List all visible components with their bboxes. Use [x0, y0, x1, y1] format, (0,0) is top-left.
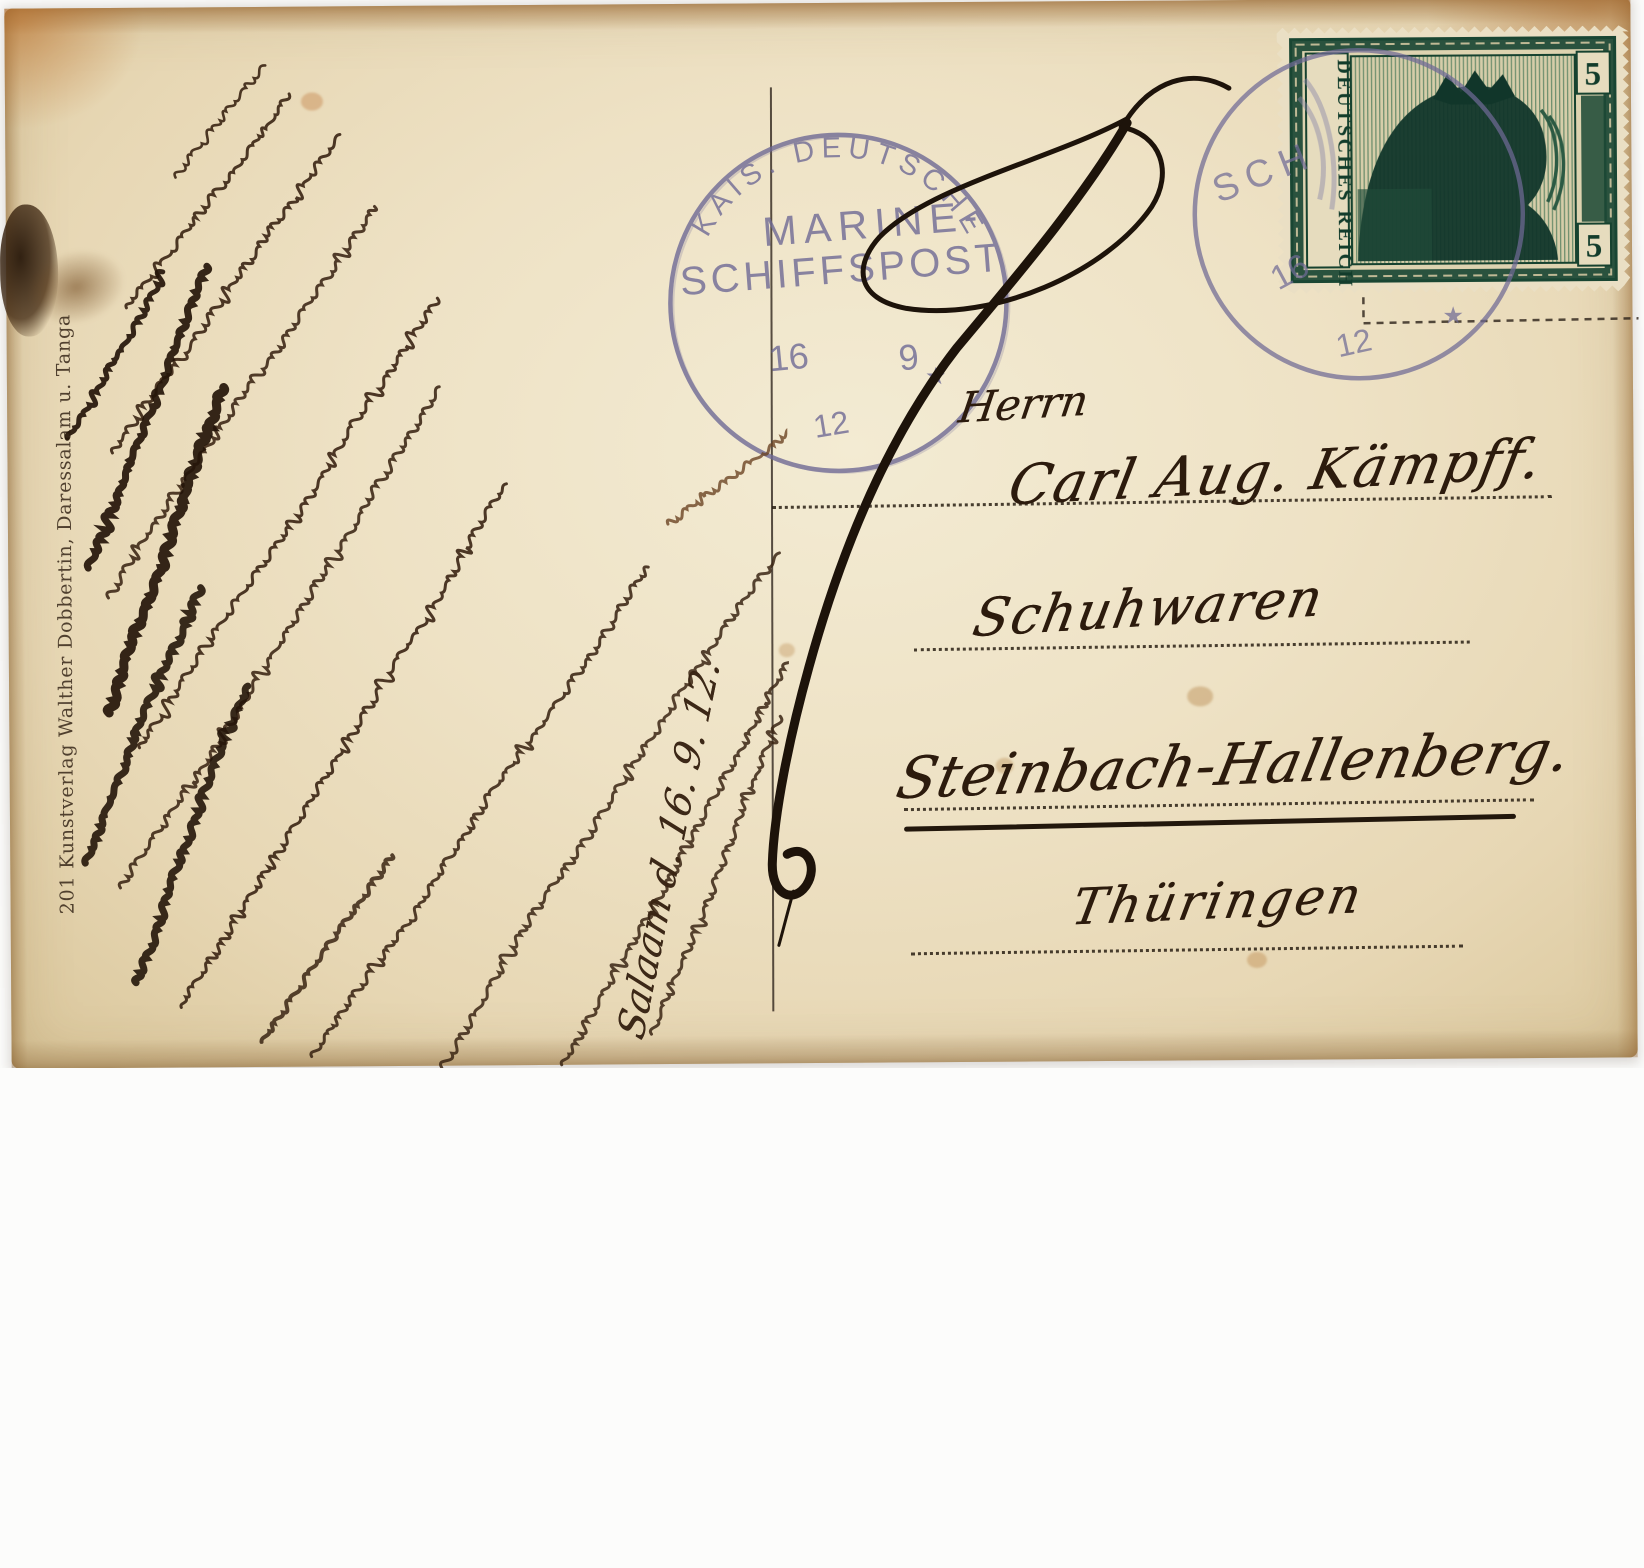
stamp-value-top: 5 [1584, 57, 1601, 93]
brown-smear-stain [18, 238, 134, 336]
stamp-design: DEUTSCHES REICH 5 5 [1291, 37, 1617, 288]
foxing-spot [1187, 686, 1213, 706]
foxing-spot [301, 92, 323, 110]
handwriting-stroke [437, 553, 783, 1068]
handwriting-stroke [83, 588, 204, 864]
postmark-day: 16 [767, 335, 811, 380]
foxing-spot [779, 643, 795, 657]
postmark-star-icon: ★ [925, 363, 947, 390]
handwriting-stroke [174, 65, 266, 177]
handwriting-stroke [116, 387, 443, 888]
handwriting-stroke [104, 206, 379, 597]
address-dotted-line [911, 945, 1463, 956]
postage-stamp: DEUTSCHES REICH 5 5 [1276, 25, 1630, 293]
vignette-shading [1358, 189, 1433, 262]
address-trade: Schuhwaren [968, 568, 1329, 650]
postmark-star-icon: ★ [1442, 303, 1464, 330]
handwriting-stroke [666, 387, 791, 524]
postmark-row1: MARINE- [761, 192, 986, 255]
handwriting-stroke [136, 298, 443, 748]
handwriting-stroke [105, 387, 227, 713]
postcard: 201 Kunstverlag Walther Dobbertin, Dares… [4, 0, 1637, 1069]
postmark-marine-schiffspost: KAIS. DEUTSCHE MARINE- SCHIFFSPOST 16 9 … [645, 111, 1048, 494]
handwriting-stroke [133, 686, 250, 983]
postmark-year: 12 [1333, 321, 1375, 364]
town-underline [904, 814, 1516, 832]
stamp-value-bottom: 5 [1586, 229, 1603, 265]
handwriting-stroke [85, 266, 210, 568]
address-region: Thüringen [1067, 866, 1368, 937]
handwriting-stroke [308, 567, 652, 1057]
handwriting-stroke [124, 94, 291, 308]
ink-blot-stain [0, 204, 59, 336]
handwriting-stroke [260, 855, 394, 1042]
dateline-text: Salaam d. 16. 9. 12. [609, 652, 728, 1045]
foxing-spot [1247, 952, 1267, 968]
stamp-right-band [1581, 96, 1607, 222]
center-divider-line [770, 87, 774, 1011]
stain-top-left-corner [4, 8, 155, 139]
postmark-arc-text: KAIS. DEUTSCHE [685, 131, 992, 246]
handwriting-stroke [177, 484, 510, 1008]
address-name: Carl Aug. Kämpff. [1004, 426, 1549, 518]
postmark-row2: SCHIFFSPOST [678, 236, 1004, 305]
postmark-year: 12 [811, 404, 852, 445]
handwriting-stroke [66, 271, 164, 438]
handwriting-stroke [109, 135, 342, 453]
postmark-month: 9 [897, 336, 921, 379]
address-salutation: Herrn [955, 376, 1091, 433]
publisher-imprint: 201 Kunstverlag Walther Dobbertin, Dares… [52, 314, 78, 915]
scanner-background [0, 1068, 1644, 1568]
